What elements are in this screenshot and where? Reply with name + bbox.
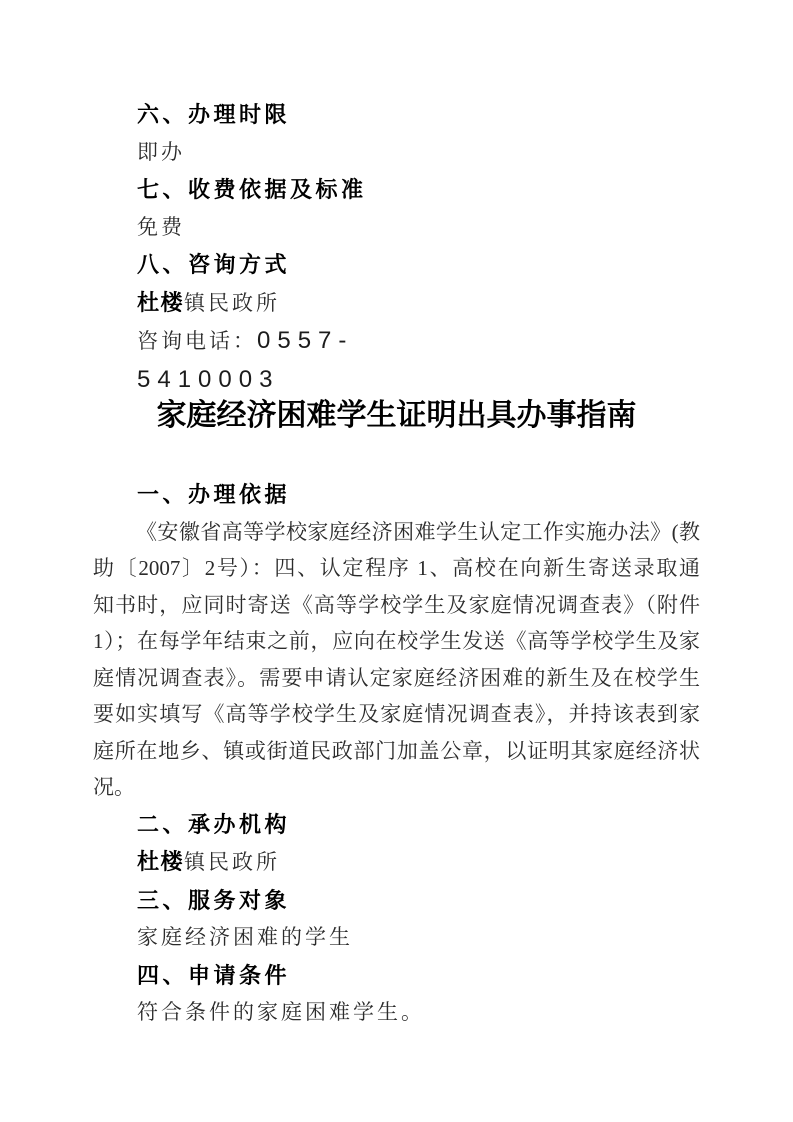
office-name-bold: 杜楼 <box>137 849 184 874</box>
consult-phone-line1: 咨询电话：0557- <box>93 322 700 361</box>
section-heading-service-target: 三、服务对象 <box>93 882 700 920</box>
phone-label: 咨询电话： <box>137 329 257 353</box>
application-conditions-body: 符合条件的家庭困难学生。 <box>93 994 700 1032</box>
phone-number-part1: 0557- <box>257 327 353 354</box>
document-page: 六、办理时限 即办 七、收费依据及标准 免费 八、咨询方式 杜楼镇民政所 咨询电… <box>0 0 793 1122</box>
paragraph-line: 况。 <box>93 769 700 806</box>
service-target-body: 家庭经济困难的学生 <box>93 919 700 957</box>
paragraph-line: 要如实填写《高等学校学生及家庭情况调查表》，并持该表到家 <box>93 696 700 733</box>
office-name-rest: 镇民政所 <box>184 850 280 874</box>
section-heading-consult-method: 八、咨询方式 <box>93 246 700 284</box>
paragraph-line: 庭情况调查表》。需要申请认定家庭经济困难的新生及在校学生 <box>93 660 700 697</box>
paragraph-line: 《安徽省高等学校家庭经济困难学生认定工作实施办法》(教 <box>93 514 700 551</box>
office-name-bold: 杜楼 <box>137 290 184 315</box>
time-limit-body: 即办 <box>93 134 700 172</box>
section-heading-time-limit: 六、办理时限 <box>93 96 700 134</box>
paragraph-line: 庭所在地乡、镇或街道民政部门加盖公章，以证明其家庭经济状 <box>93 733 700 770</box>
undertaking-office: 杜楼镇民政所 <box>93 843 700 882</box>
section-heading-application-conditions: 四、申请条件 <box>93 957 700 995</box>
section-heading-undertaking-agency: 二、承办机构 <box>93 806 700 844</box>
phone-number-part2: 5410003 <box>137 366 279 393</box>
paragraph-line: 知书时，应同时寄送《高等学校学生及家庭情况调查表》（附件 <box>93 587 700 624</box>
consult-office: 杜楼镇民政所 <box>93 284 700 323</box>
section-heading-fee-basis: 七、收费依据及标准 <box>93 171 700 209</box>
office-name-rest: 镇民政所 <box>184 291 280 315</box>
paragraph-line: 1）；在每学年结束之前，应向在校学生发送《高等学校学生及家 <box>93 623 700 660</box>
basis-paragraph: 《安徽省高等学校家庭经济困难学生认定工作实施办法》(教 助〔2007〕2号）：四… <box>93 514 700 806</box>
section-heading-basis: 一、办理依据 <box>93 476 700 514</box>
paragraph-line: 助〔2007〕2号）：四、认定程序 1、高校在向新生寄送录取通 <box>93 550 700 587</box>
page-title: 家庭经济困难学生证明出具办事指南 <box>93 399 700 433</box>
fee-body: 免费 <box>93 209 700 247</box>
consult-phone-line2: 5410003 <box>93 361 700 400</box>
